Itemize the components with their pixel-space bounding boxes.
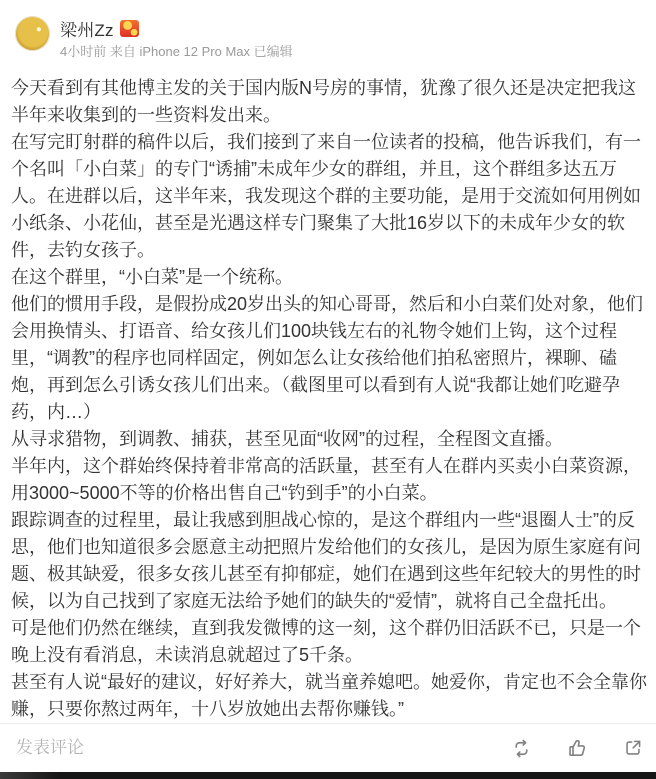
post-paragraph: 他们的惯用手段，是假扮成20岁出头的知心哥哥，然后和小白菜们处对象，他们会用换情…	[11, 291, 647, 426]
repost-button[interactable]	[510, 737, 533, 760]
post-paragraph: 今天看到有其他博主发的关于国内版N号房的事情，犹豫了很久还是决定把我这半年来收集…	[11, 75, 647, 129]
post-body: 今天看到有其他博主发的关于国内版N号房的事情，犹豫了很久还是决定把我这半年来收集…	[0, 64, 656, 723]
screenshot-bottom-edge	[0, 772, 656, 779]
post-paragraph: 从寻求猎物，到调教、捕获，甚至见面“收网”的过程，全程图文直播。	[11, 426, 647, 453]
share-button[interactable]	[622, 737, 644, 759]
username[interactable]: 梁州Zz	[60, 16, 114, 41]
post-paragraphs: 今天看到有其他博主发的关于国内版N号房的事情，犹豫了很久还是决定把我这半年来收集…	[11, 75, 647, 723]
comment-bar	[0, 723, 656, 772]
share-icon	[622, 737, 644, 759]
repost-icon	[510, 737, 533, 760]
post-paragraph: 跟踪调查的过程里，最让我感到胆战心惊的，是这个群组内一些“退圈人士”的反思，他们…	[11, 507, 647, 615]
user-name-row: 梁州Zz	[60, 16, 139, 41]
like-button[interactable]	[566, 737, 589, 760]
user-avatar[interactable]	[15, 16, 50, 51]
post-paragraph: 甚至有人说“最好的建议，好好养大，就当童养媳吧。她爱你，肯定也不会全靠你赚，只要…	[11, 669, 647, 723]
vip-gift-badge-icon	[120, 20, 139, 37]
post-paragraph: 在写完盯射群的稿件以后，我们接到了来自一位读者的投稿，他告诉我们，有一个名叫「小…	[11, 129, 647, 264]
action-icons	[510, 737, 644, 760]
post-paragraph: 在这个群里，“小白菜”是一个统称。	[11, 264, 647, 291]
weibo-post-page: 梁州Zz 4小时前 来自 iPhone 12 Pro Max 已编辑 今天看到有…	[0, 0, 656, 779]
thumbs-up-icon	[566, 737, 589, 760]
comment-input[interactable]	[14, 737, 510, 759]
post-paragraph: 半年内，这个群始终保持着非常高的活跃量，甚至有人在群内买卖小白菜资源，用3000…	[11, 453, 647, 507]
post-header: 梁州Zz 4小时前 来自 iPhone 12 Pro Max 已编辑	[0, 0, 656, 64]
post-meta: 4小时前 来自 iPhone 12 Pro Max 已编辑	[60, 41, 293, 60]
post-paragraph: 可是他们仍然在继续，直到我发微博的这一刻，这个群仍旧活跃不已，只是一个晚上没有看…	[11, 615, 647, 669]
